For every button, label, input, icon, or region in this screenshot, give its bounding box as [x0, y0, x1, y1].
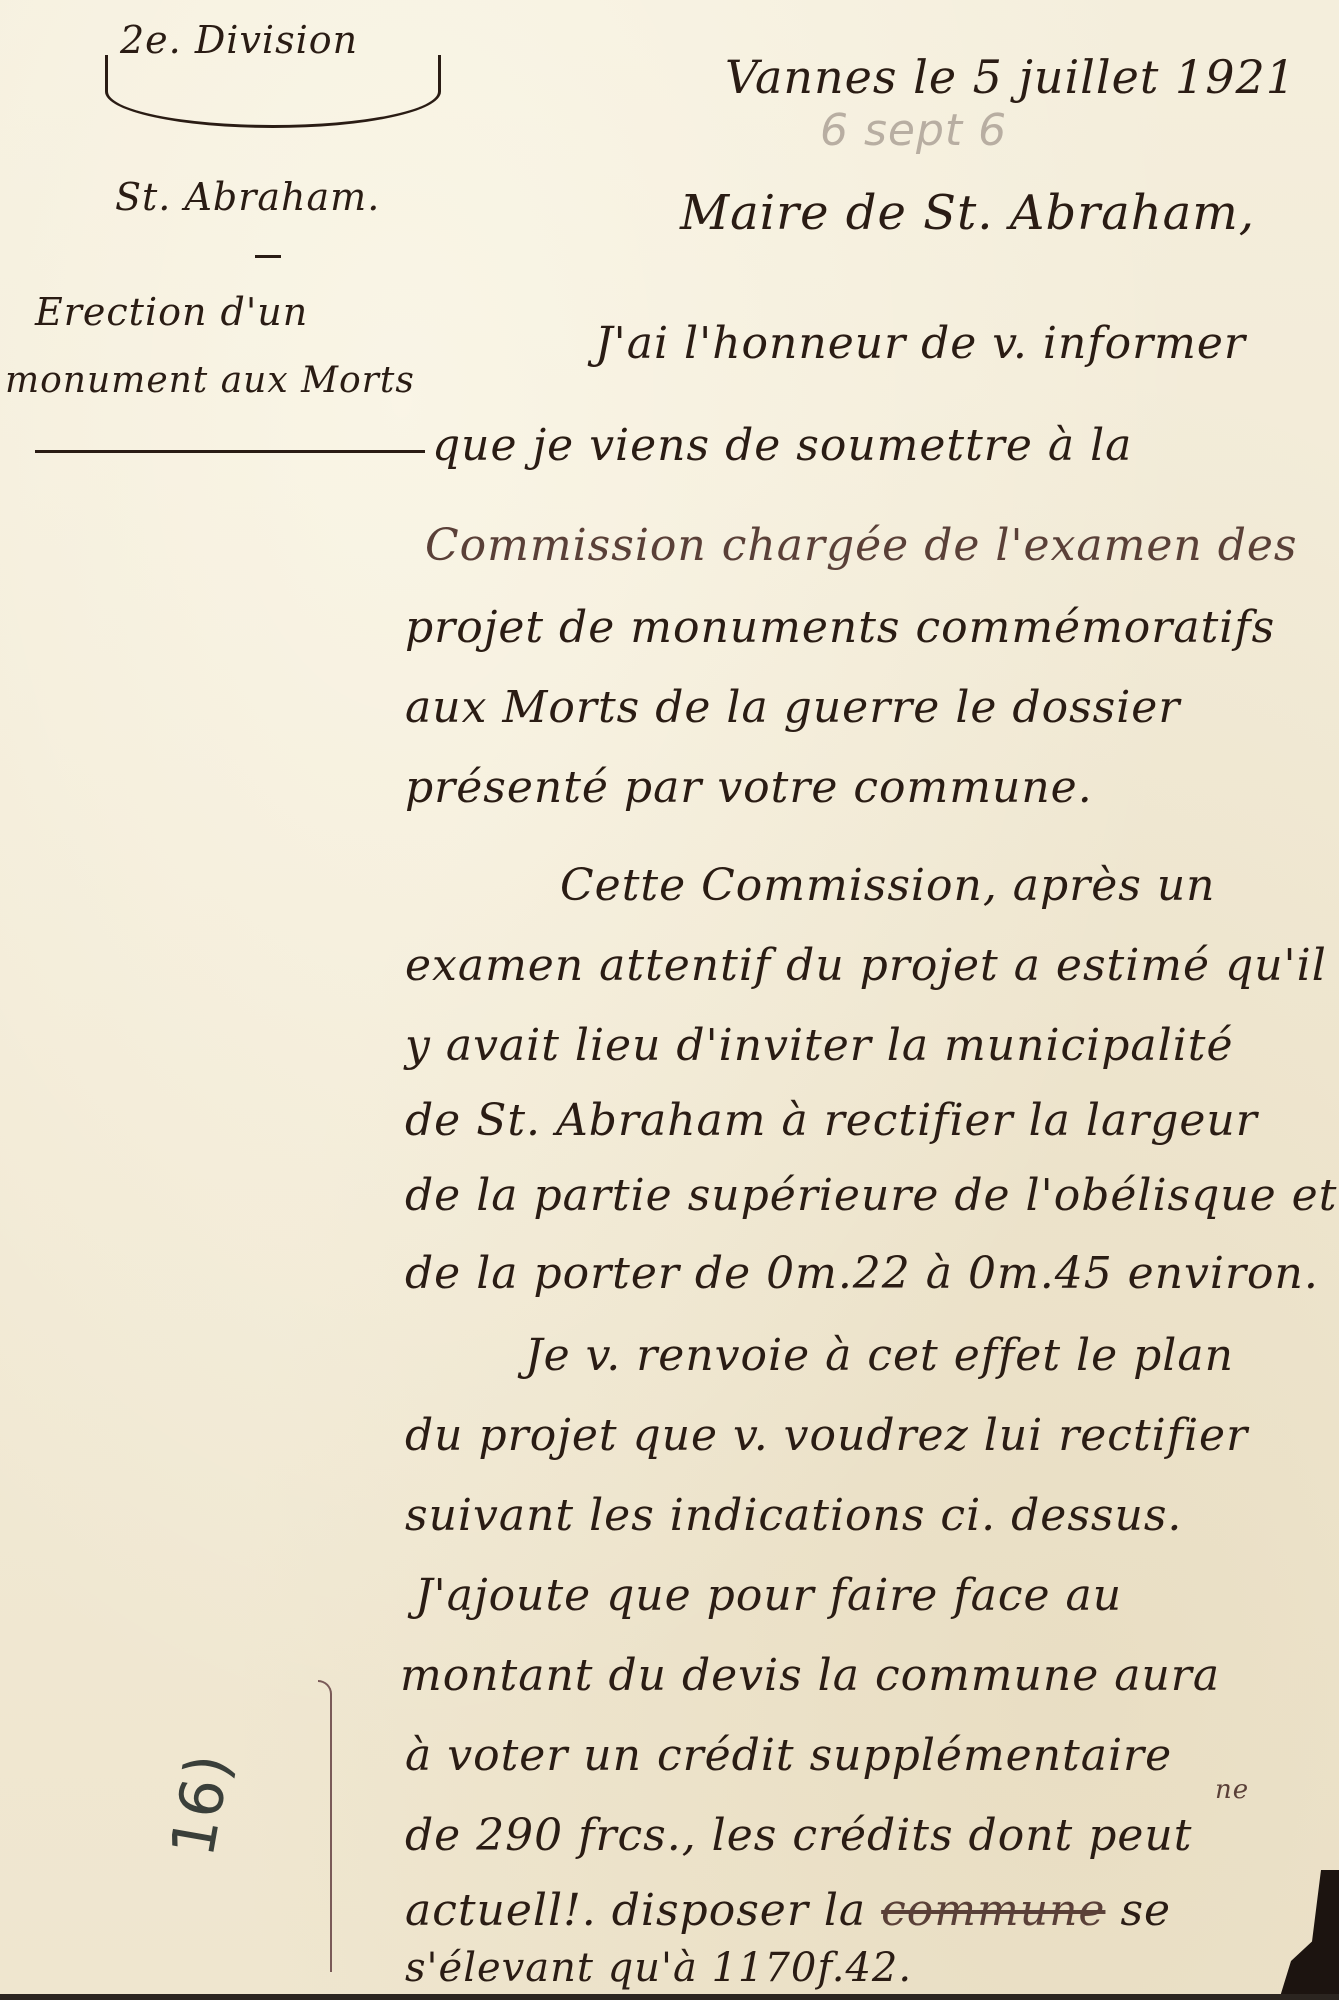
body-line-3: Commission chargée de l'examen des	[425, 520, 1298, 571]
body-line-16: J'ajoute que pour faire face au	[415, 1570, 1122, 1621]
page-bottom-edge	[0, 1994, 1339, 2000]
body-line-17: montant du devis la commune aura	[400, 1650, 1220, 1701]
body-line-7: Cette Commission, après un	[560, 860, 1216, 911]
last-line: s'élevant qu'à 1170f.42.	[405, 1945, 912, 1991]
body-line-13: Je v. renvoie à cet effet le plan	[525, 1330, 1234, 1381]
body-line-20: actuell!. disposer la commune se	[405, 1885, 1171, 1936]
subject-line-2: monument aux Morts	[5, 360, 415, 401]
commune-label: St. Abraham.	[115, 175, 380, 219]
division-oval-underline	[105, 55, 441, 128]
letter-page: 2e. Division St. Abraham. Erection d'un …	[0, 0, 1339, 2000]
struck-word: commune	[881, 1885, 1105, 1936]
subject-line-1: Erection d'un	[35, 290, 308, 334]
margin-pencil-number: 16)	[158, 1748, 245, 1861]
body-line-4: projet de monuments commémoratifs	[405, 602, 1275, 653]
body-line-9: y avait lieu d'inviter la municipalité	[405, 1020, 1234, 1071]
body-line-20-text: actuell!. disposer la	[405, 1885, 866, 1936]
place-date: Vannes le 5 juillet 1921	[725, 50, 1296, 104]
body-line-6: présenté par votre commune.	[405, 762, 1093, 813]
body-line-10: de St. Abraham à rectifier la largeur	[405, 1095, 1258, 1146]
body-line-11: de la partie supérieure de l'obélisque e…	[405, 1170, 1337, 1221]
body-line-19: de 290 frcs., les crédits dont peut	[405, 1810, 1192, 1861]
margin-dash	[255, 255, 281, 258]
margin-separator-rule	[35, 450, 425, 453]
pencil-note: 6 sept 6	[820, 105, 1007, 156]
body-line-8: examen attentif du projet a estimé qu'il	[405, 940, 1327, 991]
torn-corner	[1279, 1870, 1339, 2000]
body-line-1: J'ai l'honneur de v. informer	[595, 318, 1246, 369]
body-line-12: de la porter de 0m.22 à 0m.45 environ.	[405, 1248, 1319, 1299]
body-line-14: du projet que v. voudrez lui rectifier	[405, 1410, 1248, 1461]
body-line-18: à voter un crédit supplémentaire	[405, 1730, 1172, 1781]
body-line-15: suivant les indications ci. dessus.	[405, 1490, 1182, 1541]
margin-bracket-mark	[318, 1680, 332, 1972]
insertion-above-line-19: ne	[1215, 1775, 1249, 1805]
body-line-5: aux Morts de la guerre le dossier	[405, 682, 1180, 733]
body-line-20-tail: se	[1120, 1885, 1171, 1936]
body-line-2: que je viens de soumettre à la	[432, 420, 1132, 471]
addressee: Maire de St. Abraham,	[680, 185, 1255, 241]
